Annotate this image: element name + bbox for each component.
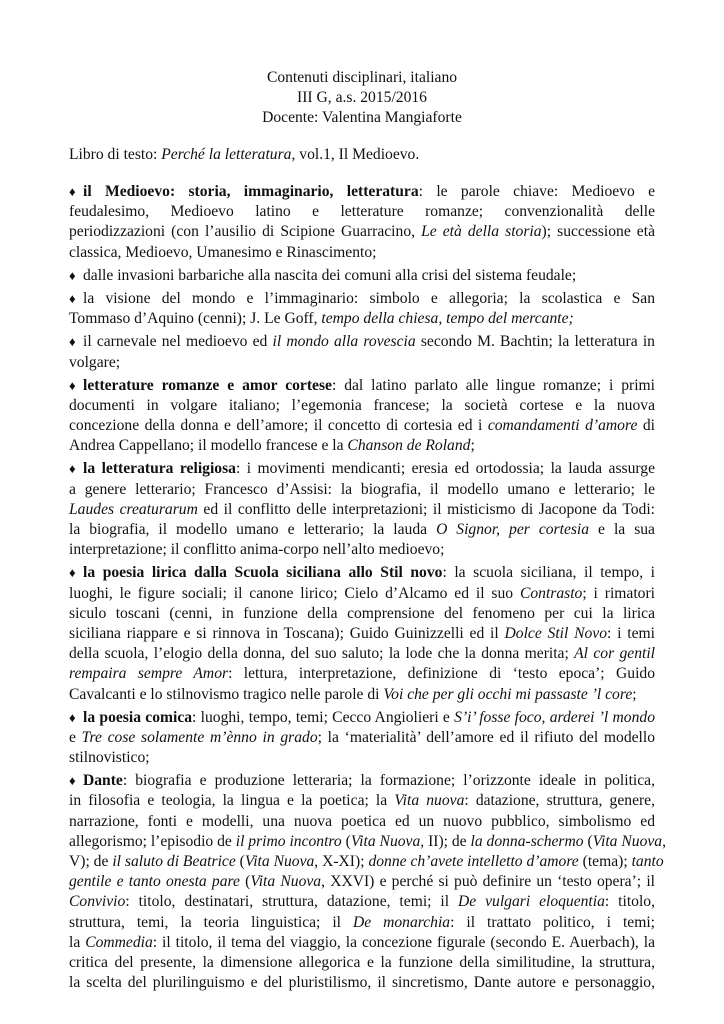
diamond-bullet-icon: ♦ bbox=[69, 332, 83, 352]
work-title: Vita Nuova bbox=[250, 873, 321, 890]
work-title: S’i’ fosse foco, arderei ’l mondo bbox=[454, 709, 655, 726]
text-line: ♦la poesia lirica dalla Scuola siciliana… bbox=[69, 563, 655, 583]
text-line: concezione della donna e dell’amore; il … bbox=[69, 416, 655, 436]
syllabus-item: ♦la poesia comica: luoghi, tempo, temi; … bbox=[69, 708, 655, 769]
body-text: classica, Medioevo, Umanesimo e Rinascim… bbox=[69, 244, 376, 261]
topic-heading: Dante bbox=[83, 772, 123, 789]
syllabus-item: ♦la poesia lirica dalla Scuola siciliana… bbox=[69, 563, 655, 704]
body-text: e bbox=[69, 729, 82, 746]
body-text: periodizzazioni (con l’ausilio di Scipio… bbox=[69, 223, 421, 240]
body-text: e la sua bbox=[589, 521, 655, 538]
text-line: ♦letterature romanze e amor cortese: dal… bbox=[69, 376, 655, 396]
diamond-bullet-icon: ♦ bbox=[69, 563, 83, 583]
body-text: ( bbox=[236, 853, 245, 870]
work-title: Dolce Stil Novo bbox=[505, 625, 608, 642]
text-line: la Commedia: il titolo, il tema del viag… bbox=[69, 933, 655, 953]
text-line: classica, Medioevo, Umanesimo e Rinascim… bbox=[69, 243, 655, 263]
text-line: siculo toscani (cenni, in funzione della… bbox=[69, 604, 655, 624]
syllabus-item: ♦Dante: biografia e produzione letterari… bbox=[69, 771, 655, 993]
work-title: Convivio bbox=[69, 893, 125, 910]
text-line: Convivio: titolo, destinatari, struttura… bbox=[69, 892, 655, 912]
document-header: Contenuti disciplinari, italiano III G, … bbox=[0, 68, 724, 128]
body-text: ( bbox=[240, 873, 250, 890]
header-class-year: III G, a.s. 2015/2016 bbox=[0, 88, 724, 108]
work-title: il mondo alla rovescia bbox=[273, 333, 416, 350]
text-line: V); de il saluto di Beatrice (Vita Nuova… bbox=[69, 852, 655, 872]
syllabus-list: ♦il Medioevo: storia, immaginario, lette… bbox=[69, 182, 655, 996]
header-teacher: Docente: Valentina Mangiaforte bbox=[0, 108, 724, 128]
topic-heading: la poesia comica bbox=[83, 709, 192, 726]
text-line: feudalesimo, Medioevo latino e letteratu… bbox=[69, 202, 655, 222]
body-text: V); de bbox=[69, 853, 112, 870]
textbook-title: Perché la letteratura bbox=[161, 146, 291, 163]
body-text: , XXVI) e perché si può definire un ‘tes… bbox=[321, 873, 655, 890]
work-title: De monarchia bbox=[353, 914, 450, 931]
work-title: Al cor gentil bbox=[574, 645, 655, 662]
syllabus-item: ♦letterature romanze e amor cortese: dal… bbox=[69, 376, 655, 457]
body-text: : la scuola siciliana, il tempo, i bbox=[442, 564, 655, 581]
body-text: la scelta del plurilinguismo e del pluri… bbox=[69, 974, 655, 991]
work-title: rempaira sempre Amor bbox=[69, 665, 228, 682]
work-title: O Signor, per cortesia bbox=[436, 521, 589, 538]
work-title: donne ch’avete intelletto d’amore bbox=[368, 853, 578, 870]
body-text: : datazione, struttura, genere, bbox=[464, 792, 655, 809]
body-text: ; la ‘materialità’ dell’amore ed il rifi… bbox=[318, 729, 655, 746]
text-line: ♦il Medioevo: storia, immaginario, lette… bbox=[69, 182, 655, 202]
text-line: gentile e tanto onesta pare (Vita Nuova,… bbox=[69, 872, 655, 892]
syllabus-item: ♦il Medioevo: storia, immaginario, lette… bbox=[69, 182, 655, 263]
work-title: gentile e tanto onesta pare bbox=[69, 873, 240, 890]
body-text: : titolo, bbox=[605, 893, 655, 910]
body-text: la biografia, il modello umano e lettera… bbox=[69, 521, 436, 538]
work-title: tempo della chiesa, tempo del mercante; bbox=[321, 310, 573, 327]
text-line: e Tre cose solamente m’ènno in grado; la… bbox=[69, 728, 655, 748]
body-text: il carnevale nel medioevo ed bbox=[83, 333, 273, 350]
text-line: ♦Dante: biografia e produzione letterari… bbox=[69, 771, 655, 791]
text-line: narrazione, fonti e modelli, una nuova p… bbox=[69, 812, 655, 832]
body-text: allegorismo; l’episodio de bbox=[69, 833, 236, 850]
body-text: ; bbox=[632, 686, 636, 703]
text-line: siciliana riappare e si rinnova in Tosca… bbox=[69, 624, 655, 644]
text-line: luoghi, le figure sociali; il canone lir… bbox=[69, 584, 655, 604]
body-text: , bbox=[662, 833, 666, 850]
textbook-volume: , vol.1, Il Medioevo. bbox=[291, 146, 419, 163]
body-text: : titolo, destinatari, struttura, datazi… bbox=[125, 893, 458, 910]
body-text: feudalesimo, Medioevo latino e letteratu… bbox=[69, 203, 655, 220]
topic-heading: il Medioevo: storia, immaginario, letter… bbox=[83, 183, 419, 200]
body-text: ed il conflitto delle interpretazioni; i… bbox=[198, 501, 655, 518]
syllabus-item: ♦il carnevale nel medioevo ed il mondo a… bbox=[69, 332, 655, 372]
text-line: della scuola, l’elogio della donna, del … bbox=[69, 644, 655, 664]
body-text: di bbox=[637, 417, 655, 434]
text-line: ♦la letteratura religiosa: i movimenti m… bbox=[69, 459, 655, 479]
body-text: ( bbox=[584, 833, 593, 850]
body-text: della scuola, l’elogio della donna, del … bbox=[69, 645, 574, 662]
body-text: siculo toscani (cenni, in funzione della… bbox=[69, 605, 655, 622]
textbook-label: Libro di testo: bbox=[69, 146, 161, 163]
text-line: Tommaso d’Aquino (cenni); J. Le Goff, te… bbox=[69, 309, 655, 329]
diamond-bullet-icon: ♦ bbox=[69, 376, 83, 396]
text-line: la biografia, il modello umano e lettera… bbox=[69, 520, 655, 540]
work-title: Vita Nuova bbox=[245, 853, 314, 870]
work-title: Contrasto bbox=[520, 585, 582, 602]
text-line: Cavalcanti e lo stilnovismo tragico nell… bbox=[69, 685, 655, 705]
diamond-bullet-icon: ♦ bbox=[69, 266, 83, 286]
body-text: : dal latino parlato alle lingue romanze… bbox=[332, 377, 655, 394]
text-line: allegorismo; l’episodio de il primo inco… bbox=[69, 832, 655, 852]
text-line: rempaira sempre Amor: lettura, interpret… bbox=[69, 664, 655, 684]
diamond-bullet-icon: ♦ bbox=[69, 182, 83, 202]
work-title: comandamenti d’amore bbox=[488, 417, 638, 434]
text-line: ♦la visione del mondo e l’immaginario: s… bbox=[69, 289, 655, 309]
body-text: documenti in volgare italiano; l’egemoni… bbox=[69, 397, 655, 414]
body-text: siciliana riappare e si rinnova in Tosca… bbox=[69, 625, 505, 642]
body-text: la visione del mondo e l’immaginario: si… bbox=[83, 290, 655, 307]
body-text: concezione della donna e dell’amore; il … bbox=[69, 417, 488, 434]
text-line: volgare; bbox=[69, 353, 655, 373]
body-text: : il titolo, il tema del viaggio, la con… bbox=[153, 934, 655, 951]
body-text: , X-XI); bbox=[314, 853, 368, 870]
diamond-bullet-icon: ♦ bbox=[69, 459, 83, 479]
text-line: Andrea Cappellano; il modello francese e… bbox=[69, 436, 655, 456]
body-text: Cavalcanti e lo stilnovismo tragico nell… bbox=[69, 686, 383, 703]
work-title: Vita Nuova bbox=[351, 833, 420, 850]
body-text: : luoghi, tempo, temi; Cecco Angiolieri … bbox=[192, 709, 454, 726]
body-text: la bbox=[69, 934, 85, 951]
diamond-bullet-icon: ♦ bbox=[69, 771, 83, 791]
text-line: la scelta del plurilinguismo e del pluri… bbox=[69, 973, 655, 993]
body-text: ; bbox=[470, 437, 474, 454]
body-text: , II); de bbox=[420, 833, 470, 850]
text-line: ♦la poesia comica: luoghi, tempo, temi; … bbox=[69, 708, 655, 728]
body-text: ); successione età bbox=[542, 223, 655, 240]
text-line: stilnovistico; bbox=[69, 748, 655, 768]
body-text: : le parole chiave: Medioevo e bbox=[419, 183, 655, 200]
document-page: Contenuti disciplinari, italiano III G, … bbox=[0, 0, 724, 1024]
work-title: Vita Nuova bbox=[593, 833, 662, 850]
body-text: interpretazione; il conflitto anima-corp… bbox=[69, 541, 444, 558]
syllabus-item: ♦la visione del mondo e l’immaginario: s… bbox=[69, 289, 655, 329]
text-line: ♦dalle invasioni barbariche alla nascita… bbox=[69, 266, 655, 286]
topic-heading: letterature romanze e amor cortese bbox=[83, 377, 332, 394]
text-line: periodizzazioni (con l’ausilio di Scipio… bbox=[69, 222, 655, 242]
body-text: struttura, temi, la teoria linguistica; … bbox=[69, 914, 353, 931]
diamond-bullet-icon: ♦ bbox=[69, 289, 83, 309]
body-text: volgare; bbox=[69, 354, 120, 371]
text-line: documenti in volgare italiano; l’egemoni… bbox=[69, 396, 655, 416]
body-text: stilnovistico; bbox=[69, 749, 150, 766]
work-title: il primo incontro bbox=[236, 833, 342, 850]
body-text: : il trattato politico, i temi; bbox=[450, 914, 655, 931]
topic-heading: la poesia lirica dalla Scuola siciliana … bbox=[83, 564, 442, 581]
work-title: Vita nuova bbox=[394, 792, 464, 809]
work-title: Laudes creaturarum bbox=[69, 501, 198, 518]
work-title: Chanson de Roland bbox=[347, 437, 470, 454]
body-text: dalle invasioni barbariche alla nascita … bbox=[83, 267, 576, 284]
work-title: Commedia bbox=[85, 934, 153, 951]
body-text: (tema); bbox=[579, 853, 632, 870]
text-line: Laudes creaturarum ed il conflitto delle… bbox=[69, 500, 655, 520]
text-line: critica del presente, la dimensione alle… bbox=[69, 953, 655, 973]
body-text: ; i rimatori bbox=[582, 585, 655, 602]
body-text: : biografia e produzione letteraria; la … bbox=[123, 772, 655, 789]
work-title: la donna-schermo bbox=[471, 833, 584, 850]
work-title: Voi che per gli occhi mi passaste ’l cor… bbox=[383, 686, 632, 703]
body-text: secondo M. Bachtin; la letteratura in bbox=[416, 333, 655, 350]
body-text: : lettura, interpretazione, definizione … bbox=[228, 665, 655, 682]
body-text: in filosofia e teologia, la lingua e la … bbox=[69, 792, 394, 809]
body-text: ( bbox=[342, 833, 351, 850]
text-line: ♦il carnevale nel medioevo ed il mondo a… bbox=[69, 332, 655, 352]
topic-heading: la letteratura religiosa bbox=[83, 460, 236, 477]
work-title: il saluto di Beatrice bbox=[112, 853, 235, 870]
work-title: tanto bbox=[632, 853, 664, 870]
body-text: luoghi, le figure sociali; il canone lir… bbox=[69, 585, 520, 602]
syllabus-item: ♦dalle invasioni barbariche alla nascita… bbox=[69, 266, 655, 286]
work-title: Le età della storia bbox=[421, 223, 541, 240]
text-line: interpretazione; il conflitto anima-corp… bbox=[69, 540, 655, 560]
header-title: Contenuti disciplinari, italiano bbox=[0, 68, 724, 88]
work-title: De vulgari eloquentia bbox=[458, 893, 605, 910]
text-line: a genere letterario; Francesco d’Assisi:… bbox=[69, 480, 655, 500]
diamond-bullet-icon: ♦ bbox=[69, 708, 83, 728]
body-text: Tommaso d’Aquino (cenni); J. Le Goff, bbox=[69, 310, 321, 327]
body-text: critica del presente, la dimensione alle… bbox=[69, 954, 655, 971]
body-text: a genere letterario; Francesco d’Assisi:… bbox=[69, 481, 655, 498]
body-text: narrazione, fonti e modelli, una nuova p… bbox=[69, 813, 655, 830]
body-text: : i movimenti mendicanti; eresia ed orto… bbox=[236, 460, 655, 477]
textbook-line: Libro di testo: Perché la letteratura, v… bbox=[69, 145, 419, 165]
syllabus-item: ♦la letteratura religiosa: i movimenti m… bbox=[69, 459, 655, 560]
body-text: : i temi bbox=[607, 625, 655, 642]
work-title: Tre cose solamente m’ènno in grado bbox=[82, 729, 318, 746]
text-line: in filosofia e teologia, la lingua e la … bbox=[69, 791, 655, 811]
text-line: struttura, temi, la teoria linguistica; … bbox=[69, 913, 655, 933]
body-text: Andrea Cappellano; il modello francese e… bbox=[69, 437, 347, 454]
